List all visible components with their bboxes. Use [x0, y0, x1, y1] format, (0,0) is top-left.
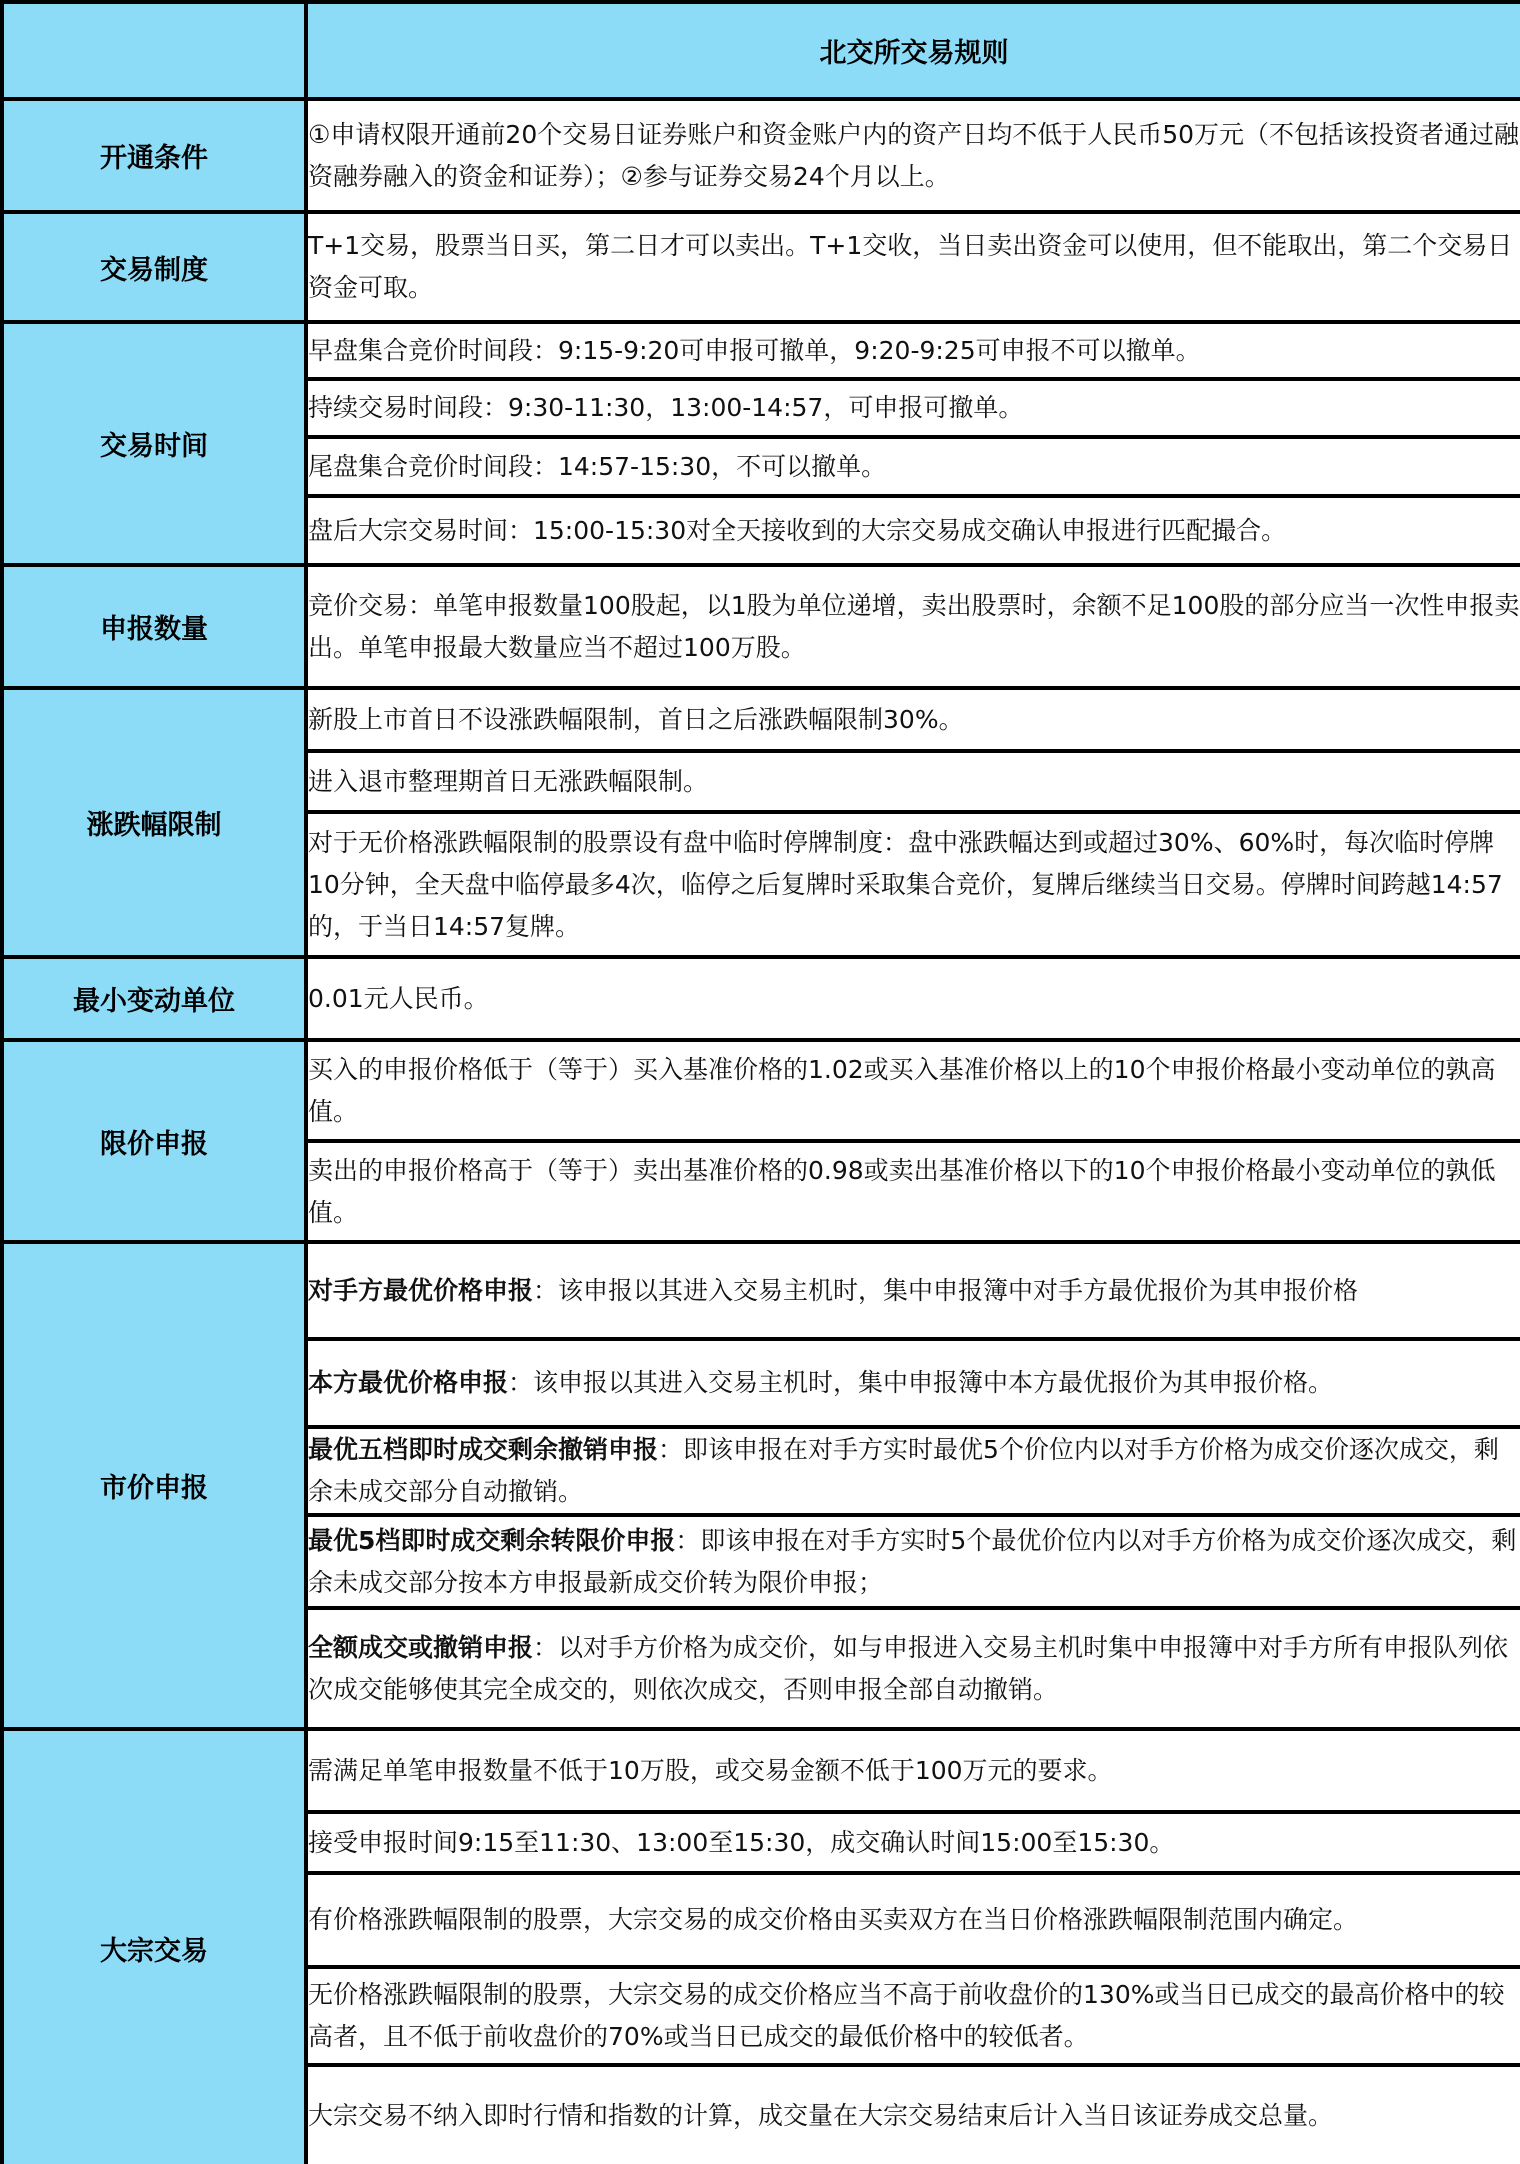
row-content: 尾盘集合竞价时间段：14:57-15:30，不可以撤单。	[306, 437, 1520, 496]
row-content: 竞价交易：单笔申报数量100股起，以1股为单位递增，卖出股票时，余额不足100股…	[306, 565, 1520, 688]
header-corner-cell	[2, 2, 306, 99]
row-label-opening-conditions: 开通条件	[2, 99, 306, 212]
row-content: 大宗交易不纳入即时行情和指数的计算，成交量在大宗交易结束后计入当日该证券成交总量…	[306, 2065, 1520, 2164]
row-content: 0.01元人民币。	[306, 957, 1520, 1040]
row-label-price-limit: 涨跌幅限制	[2, 688, 306, 957]
row-content: ①申请权限开通前20个交易日证券账户和资金账户内的资产日均不低于人民币50万元（…	[306, 99, 1520, 212]
order-type-term: 最优五档即时成交剩余撤销申报	[308, 1435, 658, 1464]
row-label-tick-size: 最小变动单位	[2, 957, 306, 1040]
row-label-limit-order: 限价申报	[2, 1040, 306, 1242]
row-content: 买入的申报价格低于（等于）买入基准价格的1.02或买入基准价格以上的10个申报价…	[306, 1040, 1520, 1141]
row-content: 本方最优价格申报：该申报以其进入交易主机时，集中申报簿中本方最优报价为其申报价格…	[306, 1339, 1520, 1427]
row-label-market-order: 市价申报	[2, 1242, 306, 1729]
table-row: 最小变动单位 0.01元人民币。	[2, 957, 1520, 1040]
row-content: 新股上市首日不设涨跌幅限制，首日之后涨跌幅限制30%。	[306, 688, 1520, 751]
row-content: 盘后大宗交易时间：15:00-15:30对全天接收到的大宗交易成交确认申报进行匹…	[306, 496, 1520, 565]
header-row: 北交所交易规则	[2, 2, 1520, 99]
row-label-trading-hours: 交易时间	[2, 322, 306, 565]
order-type-term: 最优5档即时成交剩余转限价申报	[308, 1526, 675, 1555]
row-content: 持续交易时间段：9:30-11:30，13:00-14:57，可申报可撤单。	[306, 379, 1520, 437]
order-type-term: 全额成交或撤销申报	[308, 1633, 533, 1662]
row-label-order-quantity: 申报数量	[2, 565, 306, 688]
order-type-term: 对手方最优价格申报	[308, 1276, 533, 1305]
row-content: 无价格涨跌幅限制的股票，大宗交易的成交价格应当不高于前收盘价的130%或当日已成…	[306, 1967, 1520, 2065]
row-content: 接受申报时间9:15至11:30、13:00至15:30，成交确认时间15:00…	[306, 1812, 1520, 1873]
row-content: T+1交易，股票当日买，第二日才可以卖出。T+1交收，当日卖出资金可以使用，但不…	[306, 212, 1520, 322]
order-type-description: ：该申报以其进入交易主机时，集中申报簿中对手方最优报价为其申报价格	[533, 1276, 1358, 1305]
row-content: 早盘集合竞价时间段：9:15-9:20可申报可撤单，9:20-9:25可申报不可…	[306, 322, 1520, 379]
order-type-term: 本方最优价格申报	[308, 1368, 508, 1397]
order-type-description: ：该申报以其进入交易主机时，集中申报簿中本方最优报价为其申报价格。	[508, 1368, 1333, 1397]
row-content: 最优五档即时成交剩余撤销申报：即该申报在对手方实时最优5个价位内以对手方价格为成…	[306, 1427, 1520, 1515]
row-label-block-trade: 大宗交易	[2, 1729, 306, 2164]
table-title: 北交所交易规则	[306, 2, 1520, 99]
table-row: 交易制度 T+1交易，股票当日买，第二日才可以卖出。T+1交收，当日卖出资金可以…	[2, 212, 1520, 322]
row-content: 需满足单笔申报数量不低于10万股，或交易金额不低于100万元的要求。	[306, 1729, 1520, 1812]
table-row: 大宗交易 需满足单笔申报数量不低于10万股，或交易金额不低于100万元的要求。	[2, 1729, 1520, 1812]
table-row: 交易时间 早盘集合竞价时间段：9:15-9:20可申报可撤单，9:20-9:25…	[2, 322, 1520, 379]
table-row: 申报数量 竞价交易：单笔申报数量100股起，以1股为单位递增，卖出股票时，余额不…	[2, 565, 1520, 688]
row-content: 对手方最优价格申报：该申报以其进入交易主机时，集中申报簿中对手方最优报价为其申报…	[306, 1242, 1520, 1339]
row-content: 对于无价格涨跌幅限制的股票设有盘中临时停牌制度：盘中涨跌幅达到或超过30%、60…	[306, 812, 1520, 957]
row-content: 进入退市整理期首日无涨跌幅限制。	[306, 751, 1520, 812]
trading-rules-table: 北交所交易规则 开通条件 ①申请权限开通前20个交易日证券账户和资金账户内的资产…	[0, 0, 1520, 2164]
table-row: 限价申报 买入的申报价格低于（等于）买入基准价格的1.02或买入基准价格以上的1…	[2, 1040, 1520, 1141]
row-content: 全额成交或撤销申报：以对手方价格为成交价，如与申报进入交易主机时集中申报簿中对手…	[306, 1608, 1520, 1729]
table-row: 市价申报 对手方最优价格申报：该申报以其进入交易主机时，集中申报簿中对手方最优报…	[2, 1242, 1520, 1339]
row-label-trading-system: 交易制度	[2, 212, 306, 322]
row-content: 有价格涨跌幅限制的股票，大宗交易的成交价格由买卖双方在当日价格涨跌幅限制范围内确…	[306, 1873, 1520, 1967]
row-content: 最优5档即时成交剩余转限价申报：即该申报在对手方实时5个最优价位内以对手方价格为…	[306, 1515, 1520, 1608]
row-content: 卖出的申报价格高于（等于）卖出基准价格的0.98或卖出基准价格以下的10个申报价…	[306, 1141, 1520, 1242]
table-row: 涨跌幅限制 新股上市首日不设涨跌幅限制，首日之后涨跌幅限制30%。	[2, 688, 1520, 751]
table-row: 开通条件 ①申请权限开通前20个交易日证券账户和资金账户内的资产日均不低于人民币…	[2, 99, 1520, 212]
